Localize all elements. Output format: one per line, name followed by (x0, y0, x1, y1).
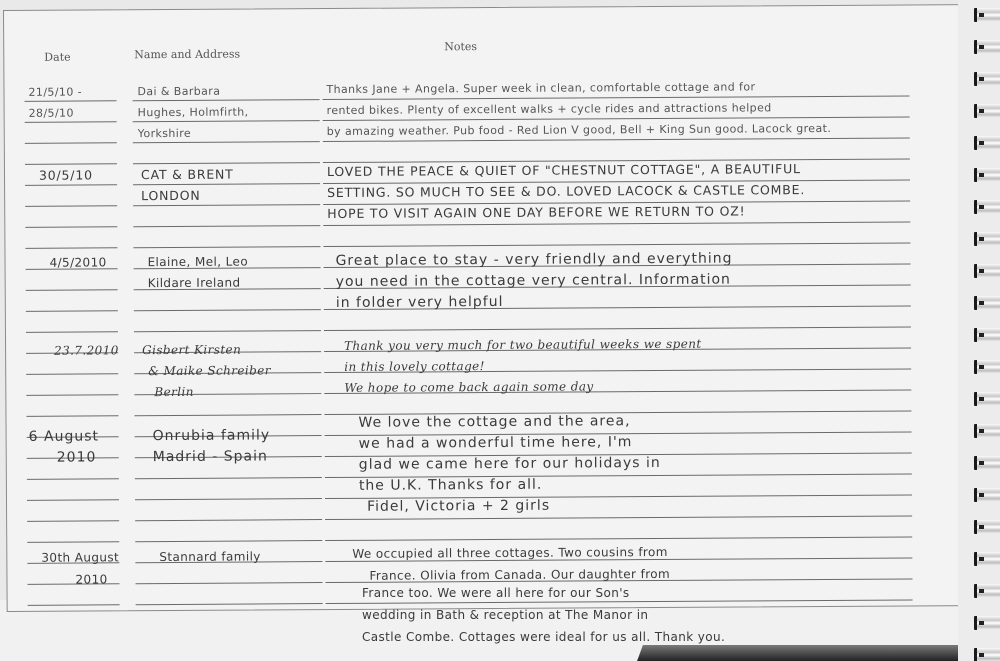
ruled-line (25, 163, 117, 165)
ruled-line (26, 415, 118, 417)
ruled-line (27, 499, 119, 501)
entry-name: Dai & Barbara (137, 85, 220, 99)
entry-name: Elaine, Mel, Leo (148, 255, 249, 270)
ruled-line (323, 221, 910, 226)
ruled-line (25, 226, 117, 228)
ruled-line (27, 541, 119, 543)
ruled-line (326, 599, 913, 604)
entry-name: Onrubia family (153, 427, 271, 444)
ruled-line (25, 142, 117, 144)
entry-name: CAT & BRENT (141, 167, 234, 183)
entry-note: Thanks Jane + Angela. Super week in clea… (326, 80, 755, 96)
ruled-line (25, 247, 117, 249)
ruled-line (134, 309, 321, 311)
binding-ring-icon (974, 424, 1000, 438)
entry-date: 30/5/10 (39, 167, 93, 182)
binding-ring-icon (974, 616, 1000, 630)
entry-date: 21/5/10 - (28, 86, 82, 99)
ruled-line (136, 603, 323, 605)
entry-note: by amazing weather. Pub food - Red Lion … (327, 122, 832, 138)
entry-note: France. Olivia from Canada. Our daughter… (369, 567, 670, 583)
entry-date: 30th August (41, 550, 119, 564)
binding-ring-icon (974, 72, 1000, 86)
entry-address: Berlin (154, 385, 194, 399)
entry-address: Madrid - Spain (153, 448, 268, 465)
entry-note: in folder very helpful (336, 294, 504, 311)
entry-note: Thank you very much for two beautiful we… (344, 337, 702, 353)
entry-note: We love the cottage and the area, (358, 413, 630, 431)
spiral-binding (958, 0, 1000, 661)
binding-ring-icon (974, 296, 1000, 310)
entry-note: rented bikes. Plenty of excellent walks … (327, 101, 772, 117)
entry-note: we had a wonderful time here, I'm (359, 434, 633, 452)
binding-ring-icon (974, 392, 1000, 406)
entry-2: 30/5/10 CAT & BRENT LONDON LOVED THE PEA… (4, 5, 964, 11)
ruled-line (134, 330, 321, 332)
entry-name: Gisbert Kirsten (142, 343, 241, 358)
entry-note: HOPE TO VISIT AGAIN ONE DAY BEFORE WE RE… (327, 203, 745, 221)
binding-ring-icon (974, 584, 1000, 598)
ruled-line (135, 519, 322, 521)
entry-6: 30th August 2010 Stannard family We occu… (4, 5, 964, 11)
entry-5: 6 August 2010 Onrubia family Madrid - Sp… (4, 5, 964, 11)
entry-note: We hope to come back again some day (344, 379, 593, 395)
entry-address: Hughes, Holmfirth, (138, 106, 249, 120)
entry-note: Fidel, Victoria + 2 girls (367, 498, 550, 515)
header-notes: Notes (444, 40, 477, 53)
entry-note: the U.K. Thanks for all. (359, 477, 543, 494)
entry-name: & Maike Schreiber (148, 363, 271, 378)
ruled-line (133, 99, 320, 101)
ruled-line (133, 120, 320, 122)
entry-3: 4/5/2010 Elaine, Mel, Leo Kildare Irelan… (4, 5, 964, 11)
ruled-line (133, 246, 320, 248)
ruled-line (323, 137, 910, 142)
entry-address: LONDON (141, 188, 200, 203)
ruled-line (325, 536, 912, 541)
ruled-line (133, 204, 320, 206)
ruled-line (26, 310, 118, 312)
entry-note: Castle Combe. Cottages were ideal for us… (362, 630, 725, 644)
ruled-line (323, 242, 910, 247)
binding-ring-icon (974, 40, 1000, 54)
ruled-line (26, 394, 118, 396)
entry-address: Kildare Ireland (148, 276, 241, 291)
entry-note: in this lovely cottage! (344, 359, 485, 374)
entry-date: 2010 (57, 449, 97, 465)
ruled-lines (4, 5, 964, 11)
binding-ring-icon (974, 520, 1000, 534)
ruled-line (134, 414, 321, 416)
ruled-line (133, 162, 320, 164)
ruled-line (25, 100, 117, 102)
entry-address: Yorkshire (138, 127, 191, 140)
ruled-line (27, 520, 119, 522)
entry-name: Stannard family (159, 549, 261, 564)
ruled-line (325, 515, 912, 520)
binding-ring-icon (974, 328, 1000, 342)
entry-4: 23.7.2010 Gisbert Kirsten & Maike Schrei… (4, 5, 964, 11)
entry-note: LOVED THE PEACE & QUIET OF "CHESTNUT COT… (327, 161, 801, 179)
binding-ring-icon (974, 232, 1000, 246)
binding-ring-icon (974, 136, 1000, 150)
ruled-line (26, 331, 118, 333)
entry-note: We occupied all three cottages. Two cous… (352, 545, 668, 561)
entry-date: 28/5/10 (29, 107, 74, 120)
entry-note: you need in the cottage very central. In… (336, 272, 731, 290)
ruled-line (133, 225, 320, 227)
binding-ring-icon (974, 648, 1000, 661)
ruled-line (133, 183, 320, 185)
ruled-line (135, 498, 322, 500)
ruled-line (323, 95, 910, 100)
entry-note: glad we came here for our holidays in (359, 455, 661, 473)
binding-ring-icon (974, 200, 1000, 214)
header-name-address: Name and Address (134, 48, 240, 62)
entry-note: Great place to stay - very friendly and … (335, 251, 732, 269)
binding-ring-icon (974, 264, 1000, 278)
entry-date: 6 August (29, 428, 99, 444)
binding-ring-icon (974, 104, 1000, 118)
binding-ring-icon (974, 8, 1000, 22)
entry-date: 2010 (75, 572, 107, 586)
entry-date: 23.7.2010 (54, 343, 119, 357)
ruled-line (26, 289, 118, 291)
entry-note: wedding in Bath & reception at The Manor… (362, 608, 648, 622)
ruled-line (25, 121, 117, 123)
binding-ring-icon (974, 456, 1000, 470)
guestbook-page: Date Name and Address Notes 21/5/10 - 28… (3, 4, 969, 612)
ruled-line (28, 604, 120, 606)
book-edge-shadow (637, 645, 1000, 661)
entry-note: France too. We were all here for our Son… (362, 586, 630, 600)
entry-1: 21/5/10 - 28/5/10 Dai & Barbara Hughes, … (4, 5, 964, 11)
binding-ring-icon (974, 488, 1000, 502)
header-date: Date (44, 51, 70, 64)
ruled-line (25, 184, 117, 186)
binding-ring-icon (974, 552, 1000, 566)
ruled-line (135, 477, 322, 479)
ruled-line (136, 582, 323, 584)
ruled-line (133, 141, 320, 143)
binding-ring-icon (974, 360, 1000, 374)
ruled-line (135, 540, 322, 542)
ruled-line (26, 373, 118, 375)
ruled-line (323, 116, 910, 121)
binding-ring-icon (974, 168, 1000, 182)
ruled-line (25, 205, 117, 207)
entry-date: 4/5/2010 (50, 255, 107, 269)
ruled-line (27, 478, 119, 480)
ruled-line (324, 326, 911, 331)
entry-note: SETTING. SO MUCH TO SEE & DO. LOVED LACO… (327, 182, 805, 200)
